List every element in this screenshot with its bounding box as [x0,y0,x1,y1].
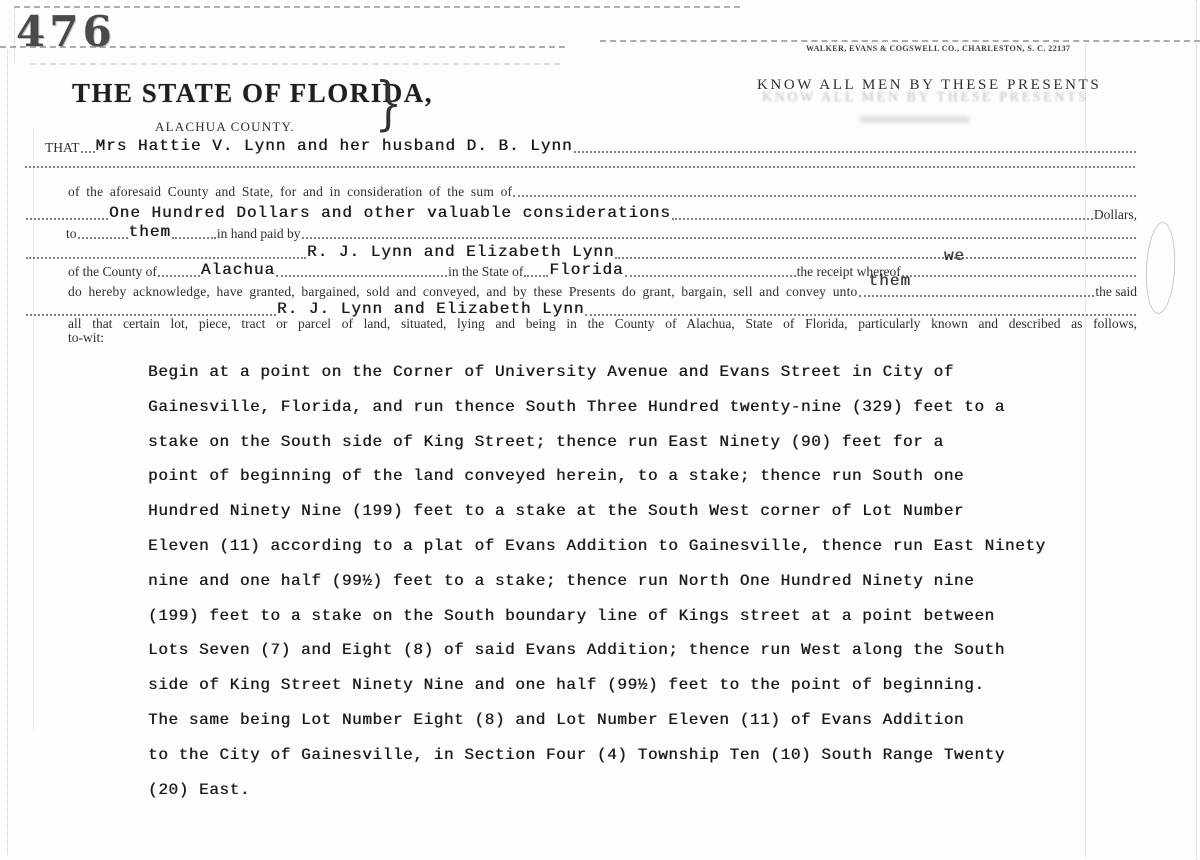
brace-glyph: } [375,74,403,132]
county-value-typed: Alachua [201,262,275,279]
to-value-typed: them [129,224,171,241]
description-line: nine and one half (99½) feet to a stake;… [148,564,1088,599]
scan-edge-dotted-left-outer [7,50,8,855]
acknowledge-label: do hereby acknowledge, have granted, bar… [68,284,858,299]
grantor-row: THAT Mrs Hattie V. Lynn and her husband … [45,135,1137,155]
scan-edge-dotted-right-outer [1196,0,1197,860]
dot-leader [625,273,796,277]
dot-leader [172,235,216,239]
description-line: Gainesville, Florida, and run thence Sou… [148,390,1088,425]
consideration-intro-row: of the aforesaid County and State, for a… [68,179,1137,199]
dot-leader [26,216,108,220]
dot-leader [158,273,200,277]
scan-edge-line-top [14,6,740,8]
dot-leader [574,149,1136,153]
dot-leader: we [902,273,1136,277]
consideration-intro-label: of the aforesaid County and State, for a… [68,184,512,199]
blank-rule [25,166,1135,168]
that-label: THAT [45,140,80,155]
scan-smudge [860,116,970,123]
description-line: Begin at a point on the Corner of Univer… [148,355,1088,390]
scan-corner-dotted [14,6,15,62]
printer-credit: WALKER, EVANS & COGSWELL CO., CHARLESTON… [806,44,1086,53]
description-line: Hundred Ninety Nine (199) feet to a stak… [148,494,1088,529]
description-line: side of King Street Ninety Nine and one … [148,668,1088,703]
dot-leader [302,235,1136,239]
paid-by-label: in hand paid by [217,226,301,241]
page-number-stamp: 476 [16,12,116,52]
state-of-label: in the State of [448,264,523,279]
receipt-value-typed: we [944,248,965,265]
dot-leader [513,193,1136,197]
description-line: stake on the South side of King Street; … [148,425,1088,460]
grantees-row-1: R. J. Lynn and Elizabeth Lynn [25,241,1137,261]
know-all-men-ghost: KNOW ALL MEN BY THESE PRESENTS [762,90,1062,106]
county-heading: ALACHUA COUNTY. [155,119,295,135]
grantees-row-2: R. J. Lynn and Elizabeth Lynn [25,298,1137,318]
unto-value-typed: them [869,273,911,290]
deed-document-page: 476 WALKER, EVANS & COGSWELL CO., CHARLE… [0,0,1200,860]
state-value-typed: Florida [549,262,623,279]
paid-by-row: to them in hand paid by [66,221,1137,241]
binder-hole-ghost [1144,221,1178,314]
dot-leader [81,149,95,153]
description-line: (199) feet to a stake on the South bound… [148,599,1088,634]
description-line: to the City of Gainesville, in Section F… [148,738,1088,773]
acknowledge-row: do hereby acknowledge, have granted, bar… [68,279,1137,299]
dot-leader: them [859,293,1095,297]
description-line: The same being Lot Number Eight (8) and … [148,703,1088,738]
to-wit-label: to-wit: [68,330,104,346]
to-label: to [66,226,77,241]
dot-leader [524,273,548,277]
description-line: Eleven (11) according to a plat of Evans… [148,529,1088,564]
dot-leader [276,273,447,277]
dot-leader [78,235,128,239]
legal-description: Begin at a point on the Corner of Univer… [148,355,1088,807]
dot-leader [672,216,1093,220]
description-line: (20) East. [148,773,1088,808]
dollars-label: Dollars, [1094,207,1137,222]
consideration-amount-typed: One Hundred Dollars and other valuable c… [109,205,671,222]
scan-edge-line-right [600,40,1200,42]
property-intro: all that certain lot, piece, tract or pa… [68,316,1137,331]
county-of-label: of the County of [68,264,157,279]
the-said-label: the said [1095,284,1137,299]
consideration-amount-row: One Hundred Dollars and other valuable c… [25,202,1137,222]
county-state-row: of the County of Alachua in the State of… [68,259,1137,279]
description-line: point of beginning of the land conveyed … [148,459,1088,494]
scan-smudge-line [30,63,560,65]
description-line: Lots Seven (7) and Eight (8) of said Eva… [148,633,1088,668]
grantors-typed: Mrs Hattie V. Lynn and her husband D. B.… [96,138,573,155]
